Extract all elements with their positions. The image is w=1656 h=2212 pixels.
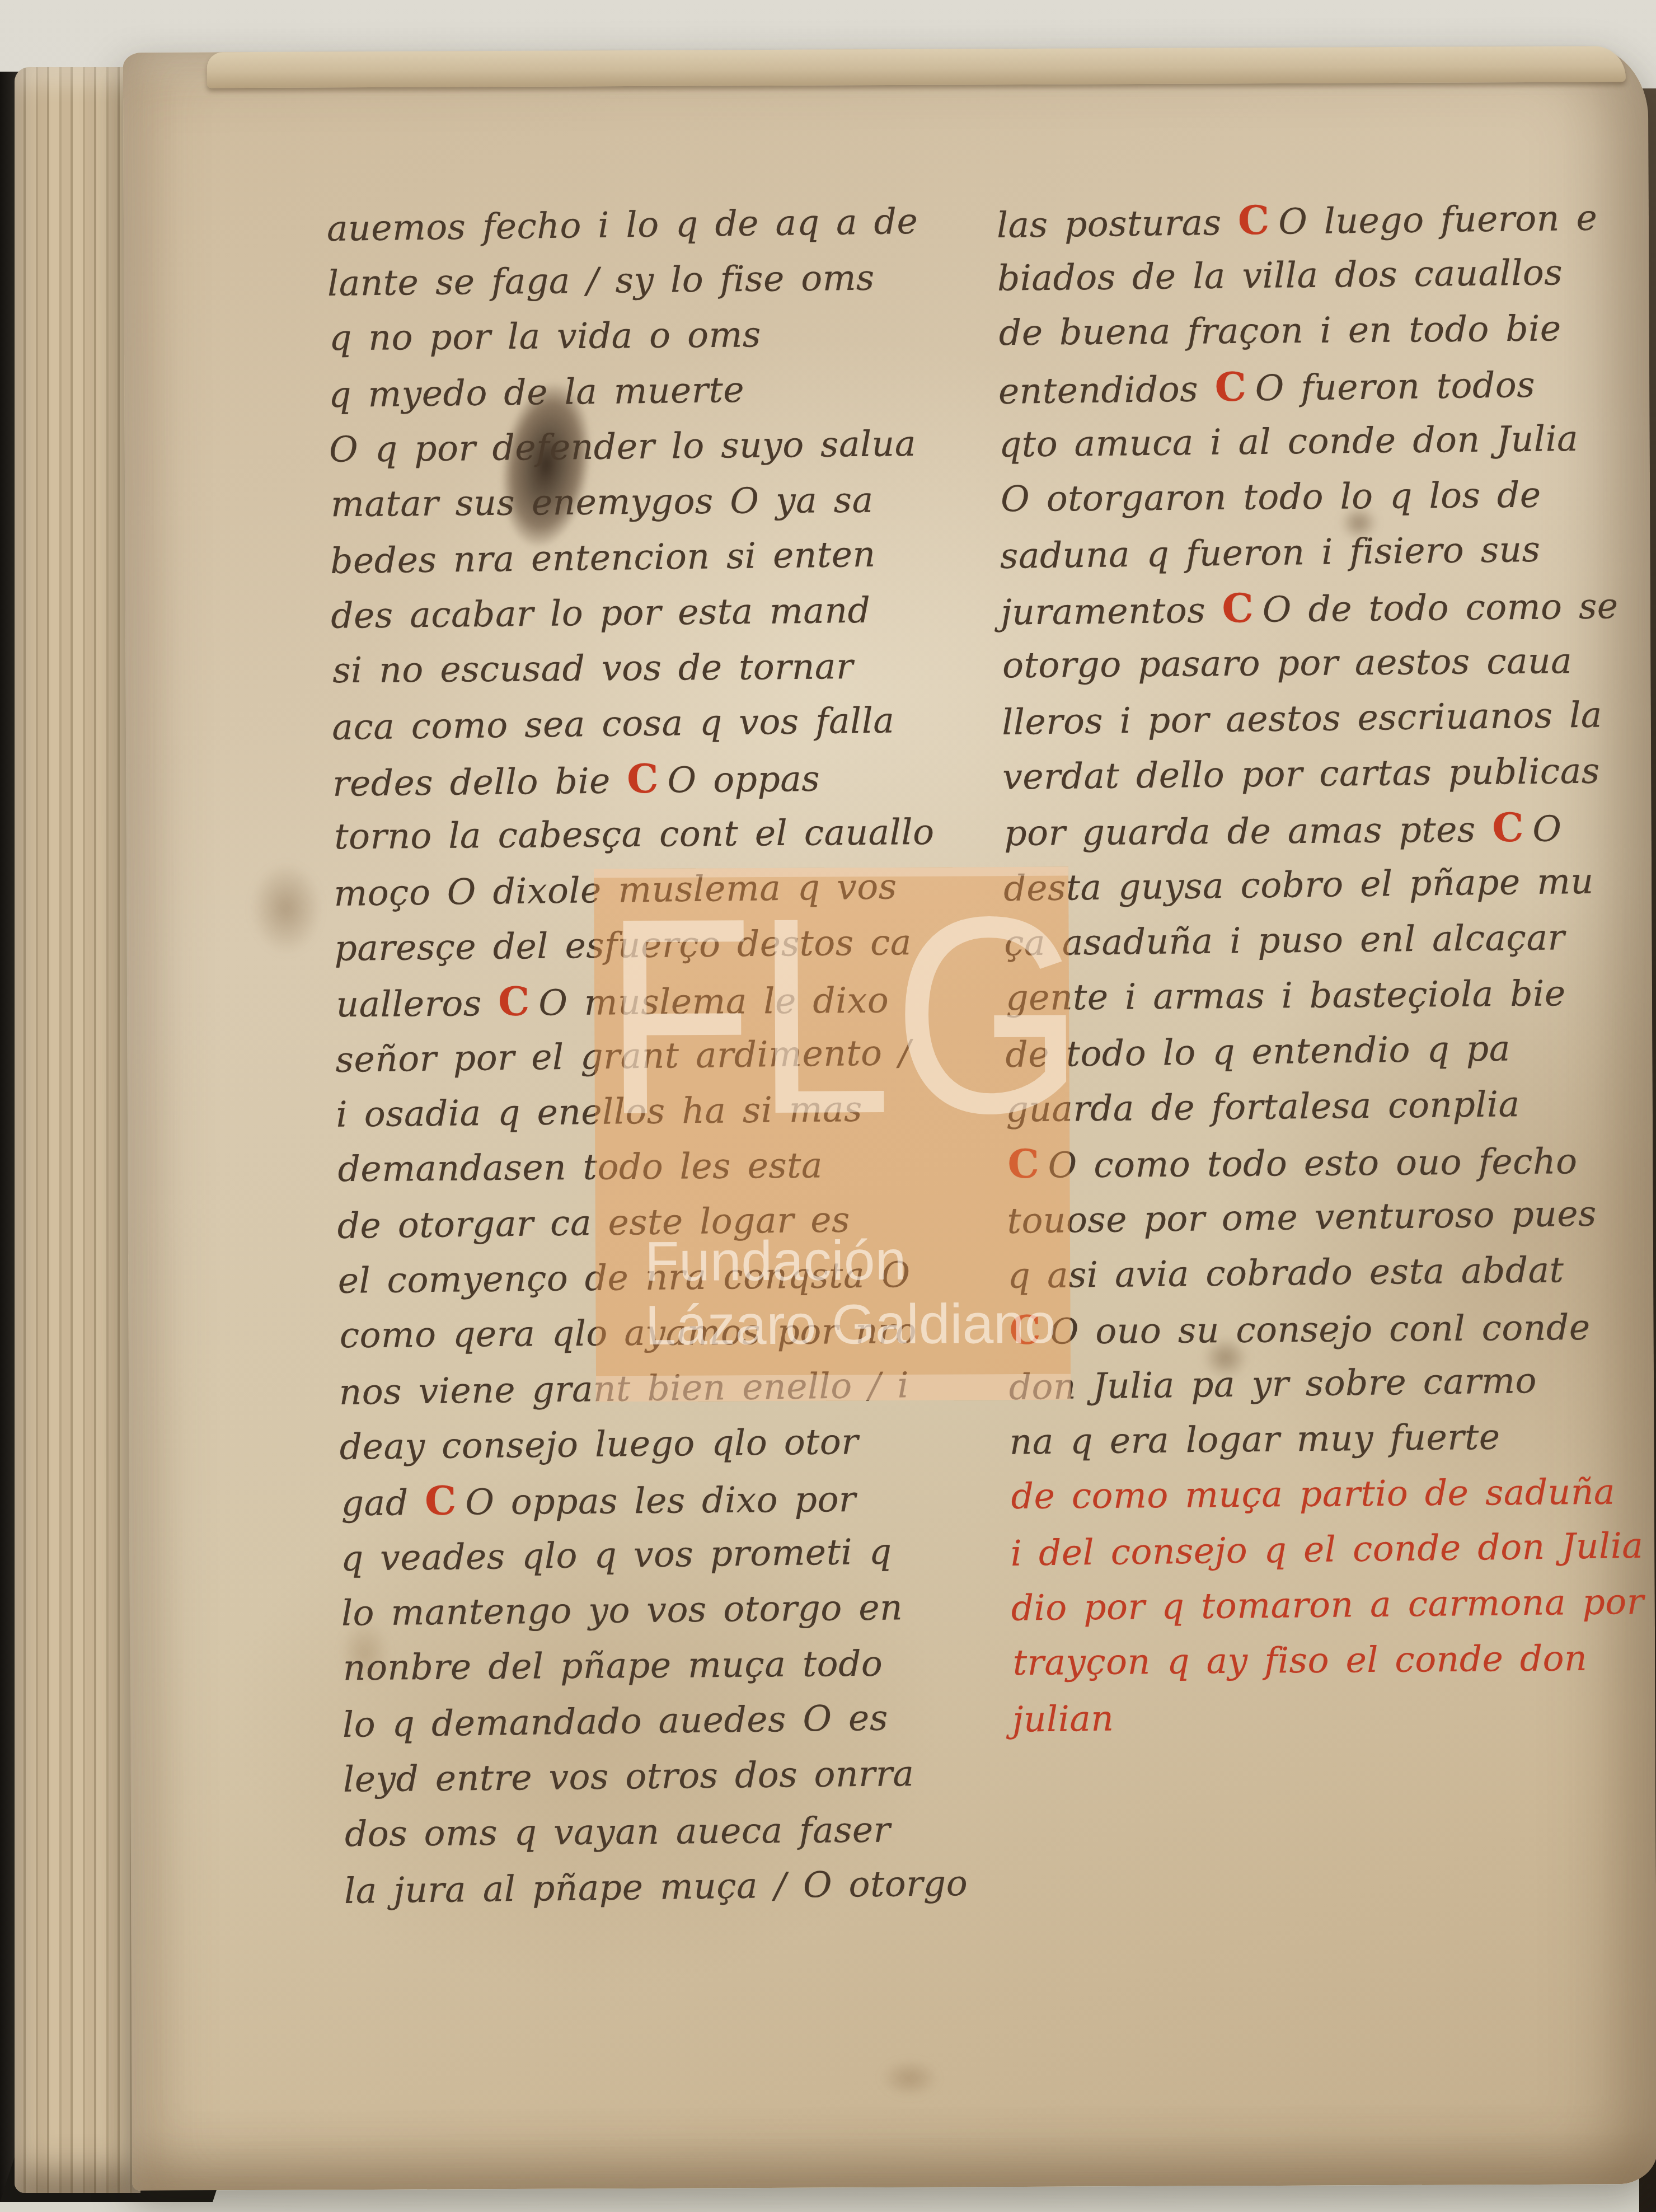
manuscript-line: lo mantengo yo vos otorgo en [341,1579,979,1641]
manuscript-line: matar sus enemygos O ya sa [331,471,969,532]
text-column-right: las posturas CO luego fueron ebiados de … [996,188,1656,1746]
manuscript-line: q veades qlo q vos prometi q [340,1523,979,1586]
manuscript-line: biados de la villa dos cauallos [997,243,1656,306]
manuscript-line: otorgo pasaro por aestos caua [1002,632,1656,693]
manuscript-line: las posturas CO luego fueron e [996,188,1656,251]
rubric-line: trayçon q ay fiso el conde don [1012,1630,1656,1690]
manuscript-line: na q era logar muy fuerte [1009,1407,1656,1469]
manuscript-line: la jura al pñape muça / O otorgo [344,1855,982,1919]
manuscript-line: qto amuca i al conde don Julia [998,410,1656,472]
manuscript-page: auemos fecho i lo q de aq a delante se f… [123,46,1656,2191]
manuscript-line: des acabar lo por esta mand [331,582,969,644]
manuscript-line: lante se faga / sy lo fise oms [327,249,966,311]
page-stack-edges [15,67,140,2193]
calderon-mark: C [498,978,530,1025]
manuscript-line: don Julia pa yr sobre carmo [1008,1351,1656,1415]
manuscript-line: touose por ome venturoso pues [1007,1185,1656,1249]
calderon-mark: C [1222,585,1254,632]
rubric-line: julian [1012,1684,1656,1747]
manuscript-line: lo q demandado auedes O es [342,1689,981,1752]
manuscript-line: CO ouo su consejo conl conde [1009,1297,1656,1358]
manuscript-line: verdat dello por cartas publicas [1002,742,1656,804]
manuscript-line: redes dello bie CO oppas [332,748,971,810]
manuscript-line: aca como sea cosa q vos falla [332,692,970,755]
manuscript-line: q asi avia cobrado esta abdat [1007,1241,1656,1303]
manuscript-line: auemos fecho i lo q de aq a de [326,193,965,256]
calderon-mark: C [1237,197,1269,244]
manuscript-line: de buena fraçon i en todo bie [999,300,1656,360]
calderon-mark: C [1214,363,1246,410]
paper-stain [238,846,334,970]
watermark-overlay: FLG Fundación Lázaro Galdiano [594,867,1071,1402]
manuscript-line: ça asaduña i puso enl alcaçar [1004,908,1656,971]
rubric-line: i del consejo q el conde don Julia [1010,1517,1656,1581]
manuscript-line: O q por defender lo suyo salua [329,415,968,477]
manuscript-line: q no por la vida o oms [329,305,968,365]
manuscript-line: O otorgaron todo lo q los de [1001,466,1656,527]
manuscript-line: nonbre del pñape muça todo [343,1635,982,1695]
manuscript-line: de todo lo q entendio q pa [1005,1019,1656,1082]
manuscript-line: si no escusad vos de tornar [332,638,971,698]
watermark-name-line1: Fundación [645,1232,906,1290]
calderon-mark: C [1492,804,1524,851]
manuscript-photo: auemos fecho i lo q de aq a delante se f… [0,0,1656,2212]
watermark-letters: FLG [603,874,1086,1156]
manuscript-line: leyd entre vos otros dos onrra [343,1745,981,1807]
rubric-line: dio por q tomaron a carmona por [1011,1573,1656,1635]
calderon-mark: C [425,1478,457,1524]
paper-stain [870,2053,949,2104]
manuscript-line: q myedo de la muerte [328,359,967,423]
manuscript-line: dos oms q vayan aueca faser [345,1801,983,1862]
watermark-name-line2: Lázaro Galdiano [645,1296,1055,1353]
manuscript-line: torno la cabesça cont el cauallo [334,804,973,864]
manuscript-line: lleros i por aestos escriuanos la [1002,686,1656,750]
manuscript-line: CO como todo esto ouo fecho [1007,1131,1656,1192]
manuscript-line: deay consejo luego qlo otor [339,1413,978,1475]
calderon-mark: C [627,756,659,803]
manuscript-line: guarda de fortalesa conplia [1006,1075,1656,1137]
page-top-deckle-edge [207,46,1626,88]
manuscript-line: desta guysa cobro el pñape mu [1003,852,1656,916]
manuscript-line: por guarda de amas ptes CO [1004,799,1656,859]
manuscript-line: bedes nra entencion si enten [330,526,969,589]
manuscript-line: juramentos CO de todo como se [1001,576,1656,638]
manuscript-line: saduna q fueron i fisiero sus [1000,520,1656,584]
manuscript-line: gente i armas i basteçiola bie [1006,965,1656,1025]
manuscript-line: gad CO oppas les dixo por [341,1469,979,1529]
manuscript-line: entendidos CO fueron todos [998,354,1656,418]
rubric-line: de como muça partio de saduña [1011,1464,1656,1524]
